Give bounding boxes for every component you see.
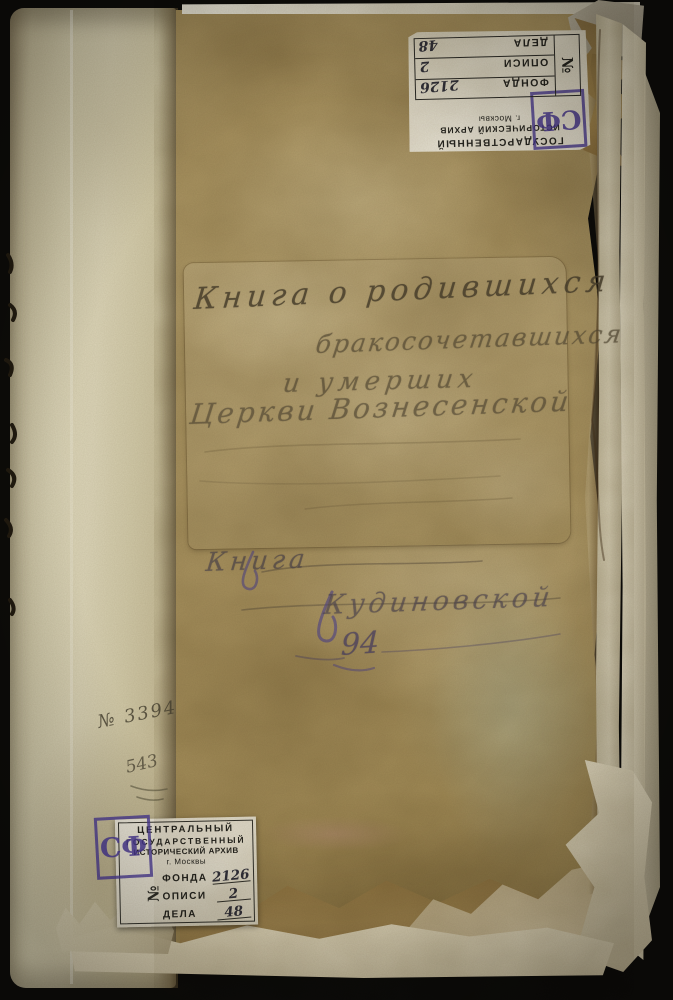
delo-value: 48	[216, 906, 251, 921]
delo-label: ДЕЛА	[512, 36, 548, 47]
opis-row: ОПИСИ 2	[162, 883, 250, 903]
number-sign: №	[554, 35, 581, 96]
archive-label-top: СФ ГОСУДАРСТВЕННЫЙ ИСТОРИЧЕСКИЙ АРХИВ г.…	[406, 28, 590, 155]
archive-reference-table: № ФОНДА 2126 ОПИСИ 2 ДЕЛА 48	[414, 34, 582, 100]
handwritten-note-year: 94	[340, 625, 379, 663]
photo-stage: Книга о родившихся бракосочетавшихся и у…	[0, 0, 673, 1000]
sf-stamp-letters: СФ	[535, 103, 582, 136]
handwritten-note-line1: Книга	[204, 544, 310, 578]
delo-value: 48	[418, 38, 438, 51]
fond-row: ФОНДА 2126	[416, 75, 555, 99]
fond-value: 2126	[419, 78, 459, 92]
archive-reference-table: № ФОНДА 2126 ОПИСИ 2 ДЕЛА 48	[144, 865, 251, 921]
archive-label-bottom: СФ ЦЕНТРАЛЬНЫЙ ГОСУДАРСТВЕННЫЙ ИСТОРИЧЕС…	[115, 817, 258, 928]
pink-stain	[260, 816, 410, 852]
top-page-edges	[182, 2, 640, 14]
delo-row: ДЕЛА 48	[415, 36, 554, 59]
opis-label: ОПИСИ	[502, 56, 548, 68]
fond-value: 2126	[212, 870, 250, 885]
fond-row: ФОНДА 2126	[162, 865, 250, 885]
fond-label: ФОНДА	[501, 76, 549, 88]
spine-crease	[70, 10, 73, 984]
delo-label: ДЕЛА	[163, 909, 197, 921]
opis-value: 2	[419, 59, 430, 71]
delo-row: ДЕЛА 48	[163, 901, 251, 921]
sf-stamp-letters: СФ	[99, 831, 148, 865]
opis-row: ОПИСИ 2	[415, 55, 554, 79]
sf-stamp-top: СФ	[530, 89, 587, 150]
number-sign: №	[144, 867, 163, 921]
